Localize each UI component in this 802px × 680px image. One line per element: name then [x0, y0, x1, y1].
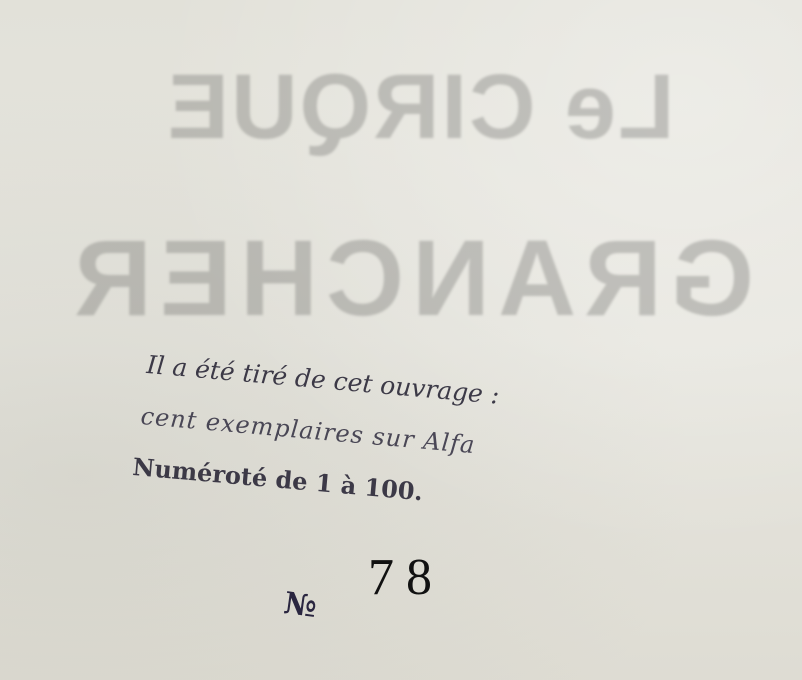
copy-number-label: №: [282, 586, 319, 625]
paper-page: Le CIRQUE GRANCHER Il a été tiré de cet …: [0, 0, 802, 680]
show-through-title-line1: Le CIRQUE: [150, 55, 690, 160]
copy-number-value: 78: [368, 548, 444, 607]
colophon-line-3: Numéroté de 1 à 100.: [131, 452, 424, 506]
colophon-line-2: cent exemplaires sur Alfa: [140, 402, 477, 459]
show-through-title-line2: GRANCHER: [30, 215, 790, 340]
colophon-line-1: Il a été tiré de cet ouvrage :: [145, 350, 500, 410]
